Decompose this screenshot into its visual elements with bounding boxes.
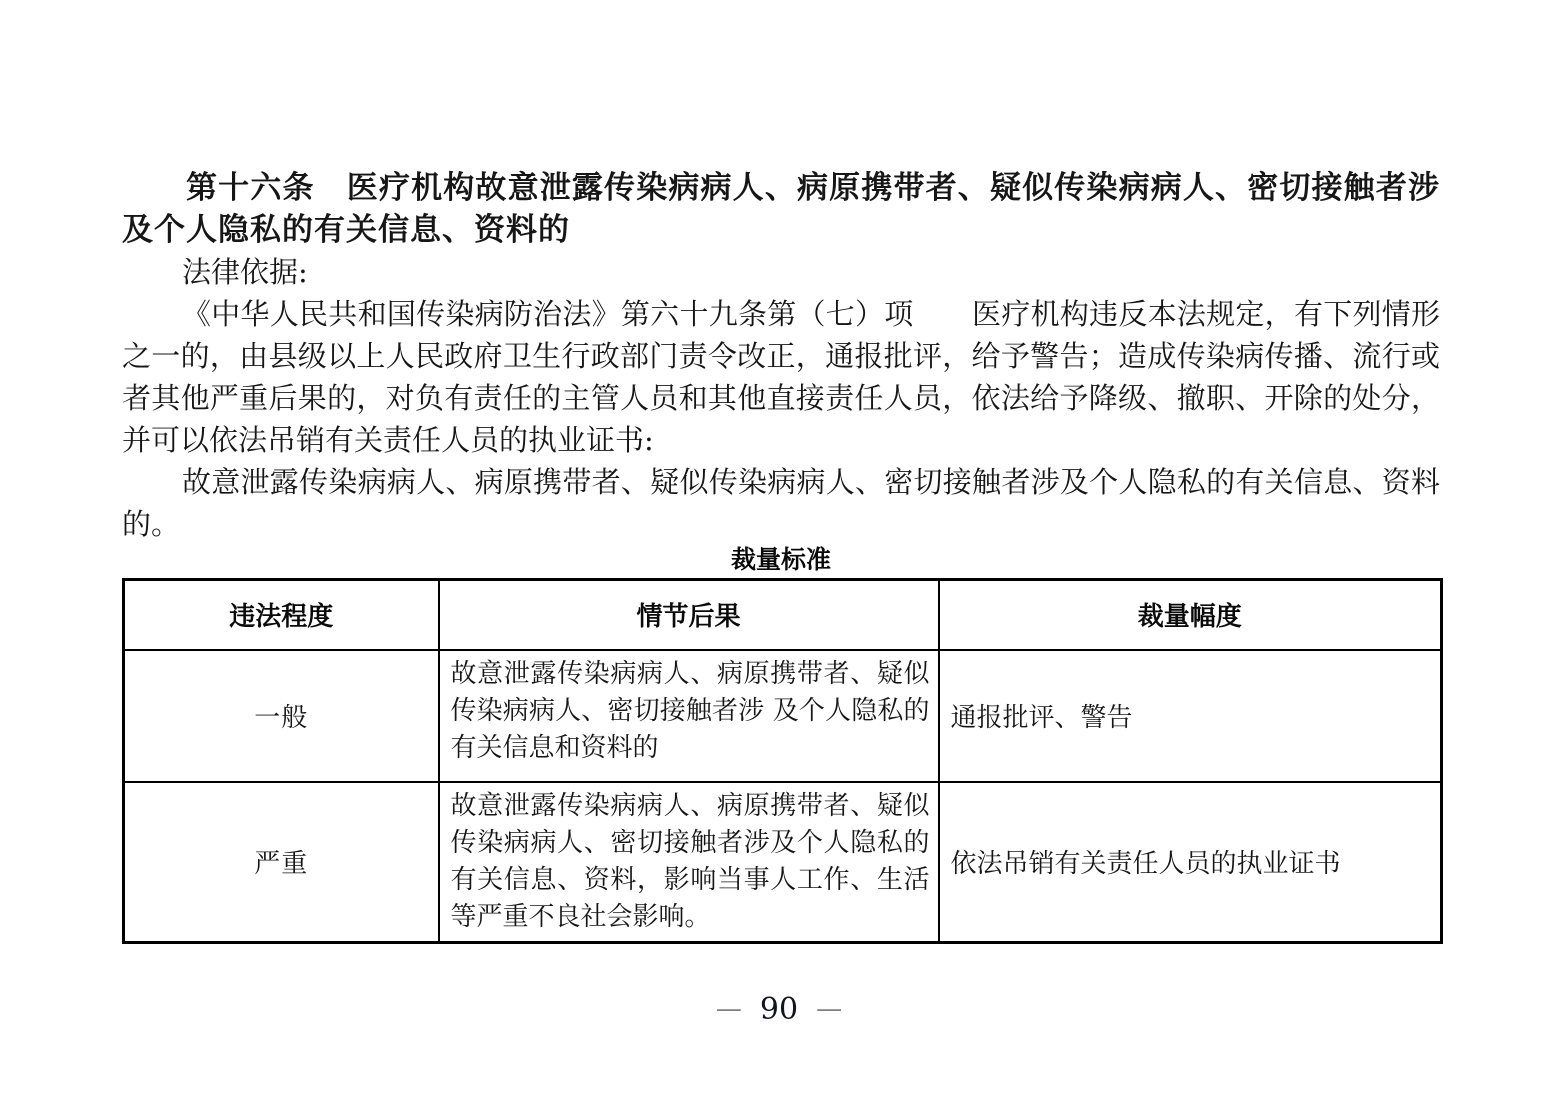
violation-description-paragraph: 故意泄露传染病病人、病原携带者、疑似传染病病人、密切接触者涉及个人隐私的有关信息… [122, 461, 1440, 545]
page-number-dash-left: — [698, 994, 760, 1024]
discretion-cell: 依法吊销有关责任人员的执业证书 [939, 782, 1442, 943]
discretion-cell: 通报批评、警告 [939, 650, 1442, 782]
circumstance-cell: 故意泄露传染病病人、病原携带者、疑似传染病病人、密切接触者涉及个人隐私的有关信息… [439, 782, 939, 943]
document-page: 第十六条 医疗机构故意泄露传染病病人、病原携带者、疑似传染病病人、密切接触者涉及… [0, 0, 1558, 1102]
table-title: 裁量标准 [122, 545, 1440, 578]
discretion-standards-table: 违法程度 情节后果 裁量幅度 一般 故意泄露传染病病人、病原携带者、疑似传染病病… [122, 578, 1443, 944]
header-cell-circumstance: 情节后果 [439, 580, 939, 650]
header-cell-discretion-range: 裁量幅度 [939, 580, 1442, 650]
page-footer: —90— [0, 992, 1558, 1027]
circumstance-cell: 故意泄露传染病病人、病原携带者、疑似传染病病人、密切接触者涉 及个人隐私的有关信… [439, 650, 939, 782]
table-header-row: 违法程度 情节后果 裁量幅度 [124, 580, 1442, 650]
table-row: 一般 故意泄露传染病病人、病原携带者、疑似传染病病人、密切接触者涉 及个人隐私的… [124, 650, 1442, 782]
table-row: 严重 故意泄露传染病病人、病原携带者、疑似传染病病人、密切接触者涉及个人隐私的有… [124, 782, 1442, 943]
document-content: 第十六条 医疗机构故意泄露传染病病人、病原携带者、疑似传染病病人、密切接触者涉及… [122, 167, 1440, 944]
legal-provision-paragraph: 《中华人民共和国传染病防治法》第六十九条第（七）项 医疗机构违反本法规定，有下列… [122, 293, 1440, 461]
page-number: 90 [760, 992, 798, 1027]
degree-cell: 严重 [124, 782, 439, 943]
degree-cell: 一般 [124, 650, 439, 782]
header-cell-violation-degree: 违法程度 [124, 580, 439, 650]
legal-basis-label: 法律依据: [122, 251, 1440, 293]
article-title: 第十六条 医疗机构故意泄露传染病病人、病原携带者、疑似传染病病人、密切接触者涉及… [122, 167, 1440, 251]
page-number-dash-right: — [798, 994, 860, 1024]
